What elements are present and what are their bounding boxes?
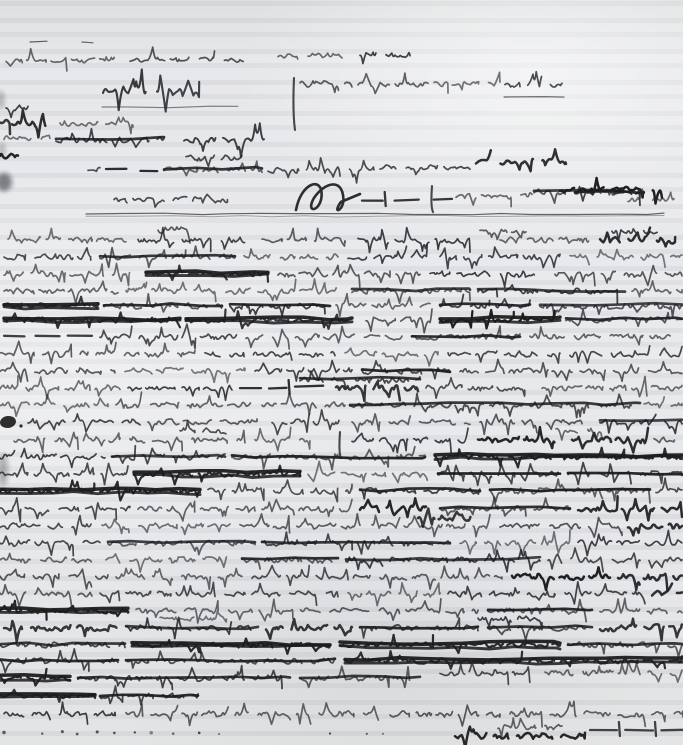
manuscript-line: [293, 78, 295, 130]
manuscript-line: [4, 279, 682, 304]
manuscript-line: [14, 421, 675, 458]
manuscript-line: [0, 341, 682, 366]
manuscript-line: [0, 110, 133, 137]
manuscript-line: [4, 264, 682, 287]
manuscript-line: [0, 635, 682, 657]
manuscript-line: [4, 294, 682, 318]
manuscript-line: [0, 461, 682, 485]
manuscript-line: [102, 106, 238, 108]
manuscript-line: [0, 478, 682, 503]
manuscript-line: [86, 213, 664, 217]
manuscript-line: [4, 612, 682, 642]
manuscript-line: [4, 701, 683, 727]
manuscript-handwriting-svg: [0, 0, 683, 745]
manuscript-line: [2, 718, 683, 745]
manuscript-line: [4, 324, 670, 349]
manuscript-line: [8, 227, 675, 253]
manuscript-line: [0, 446, 682, 470]
manuscript-line: [0, 598, 682, 623]
manuscript-line: [0, 509, 682, 538]
manuscript-line: [0, 154, 18, 158]
manuscript-line: [88, 149, 566, 183]
manuscript-line: [300, 72, 562, 94]
manuscript-line: [0, 371, 682, 401]
manuscript-line: [4, 123, 264, 157]
manuscript-line: [4, 244, 682, 268]
manuscript-line: [0, 548, 682, 572]
manuscript-line: [0, 530, 682, 556]
manuscript-line: [0, 392, 682, 417]
manuscript-line: [103, 69, 199, 111]
manuscript-line: [0, 661, 682, 690]
manuscript-line: [0, 496, 682, 522]
manuscript-line: [0, 686, 198, 705]
handwriting-layer: [0, 41, 683, 745]
manuscript-line: [6, 47, 410, 71]
manuscript-page: [0, 0, 683, 745]
manuscript-line: [30, 41, 93, 43]
